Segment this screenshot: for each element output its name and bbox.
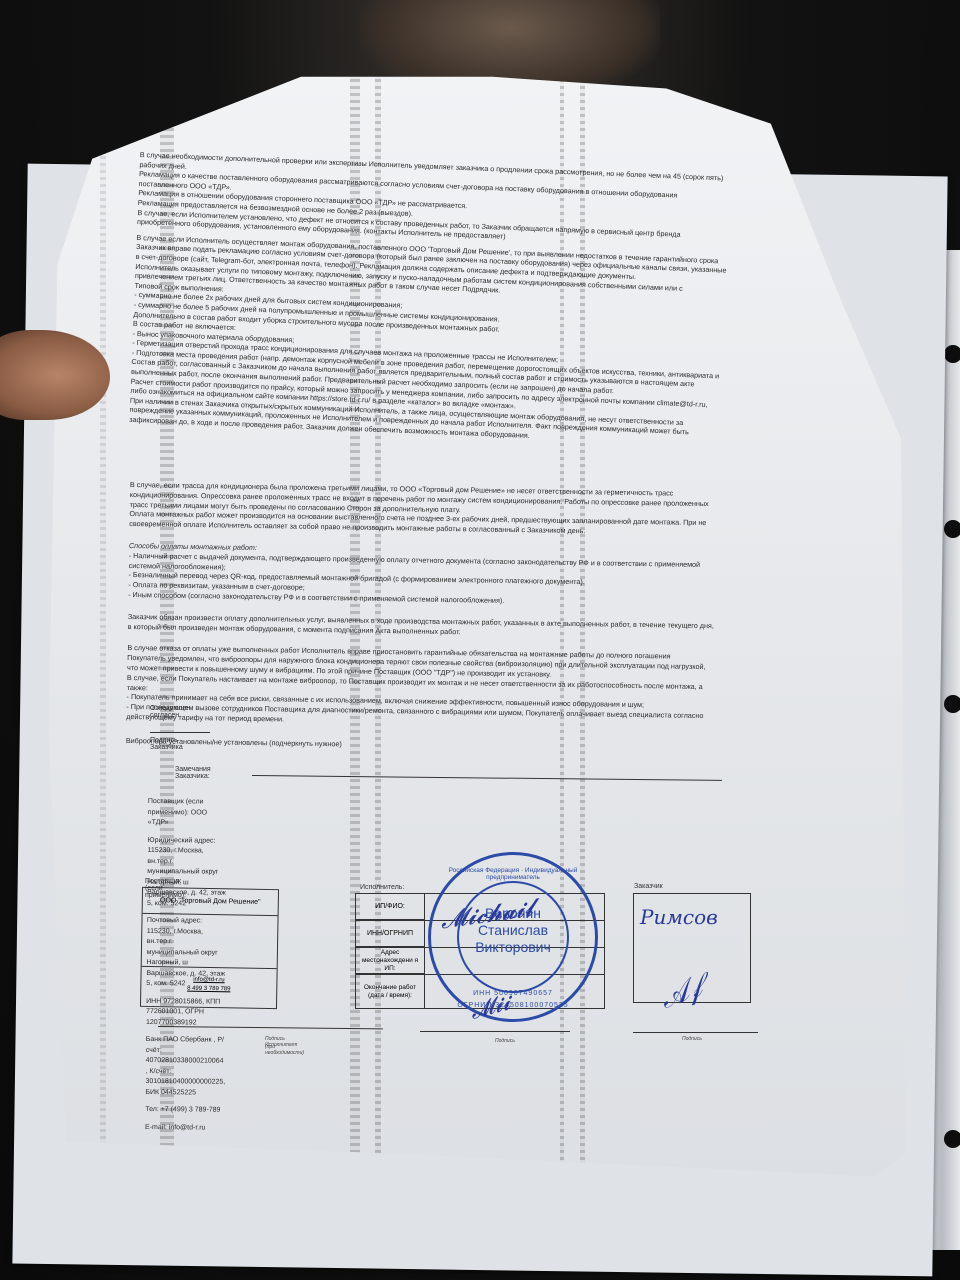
contractor-signature-note: (при необходимости)	[265, 1044, 304, 1056]
contractor-row-name: ИП/ФИО:	[355, 893, 425, 920]
paragraphs-vibration: В случае отказа от оплаты уже выполненны…	[126, 643, 777, 732]
supplier-box: ООО "Торговый Дом Решение" info@td-r.ru …	[140, 887, 279, 1009]
customer-sign-caption: Подпись	[682, 1036, 702, 1042]
stamp-inn: ИНН 500907490657	[431, 990, 595, 997]
acknowledged-text: Ознакомлен согласен	[150, 705, 190, 719]
paragraphs-route: В случае, если трасса для кондиционера б…	[129, 480, 780, 539]
contractor-row-inn: ИНН/ОГРНИП	[355, 920, 425, 947]
contractor-row-address: Адрес местонахождени я ИП:	[355, 947, 425, 974]
official-stamp: Российская Федерация · Индивидуальный пр…	[428, 852, 598, 1022]
supplier-email[interactable]: info@td-r.ru	[141, 976, 276, 984]
contractor-sign-line[interactable]	[420, 1031, 570, 1032]
contractor-block-label: Исполнитель:	[360, 884, 404, 891]
supplier-detail-line: Банк ПАО Сбербанк , Р/счёт: 407028103380…	[145, 1035, 225, 1099]
binder-hole	[944, 695, 960, 713]
supplier-phone[interactable]: 8 499 3 789 789	[141, 985, 276, 993]
binder-hole	[944, 520, 960, 538]
customer-block-label: Заказчик	[634, 883, 663, 890]
customer-sign-line[interactable]	[633, 1032, 758, 1033]
customer-handwritten-name: Римсов	[640, 905, 718, 929]
document-terms-top: В случае необходимости дополнительной пр…	[129, 150, 760, 449]
paragraphs-warranty: В случае если Исполнитель осуществляет м…	[129, 233, 756, 450]
contractor-row-end-time: Окончание работ (дата / время):	[355, 974, 425, 1009]
document-terms-lower: В случае, если трасса для кондиционера б…	[126, 480, 780, 756]
customer-remarks-label: Замечания Заказчика:	[175, 766, 211, 780]
payment-methods-list: - Наличный расчет с выдачей документа, п…	[128, 551, 779, 610]
binder-hole	[944, 345, 960, 363]
contractor-sign-caption: Подпись	[495, 1038, 515, 1044]
supplier-detail-line: Поставщик (если применимо): ООО «ТДР»	[148, 797, 228, 829]
customer-signature-line[interactable]	[150, 732, 210, 733]
toner-streak	[100, 30, 106, 1200]
stamp-ring-text: Российская Федерация · Индивидуальный пр…	[431, 867, 595, 881]
binder-hole	[944, 1130, 960, 1148]
stamp-ogrnip: ОГРНИП 324508100070525	[431, 1002, 595, 1009]
supplier-detail-line: Тел: +7 (499) 3 789-789	[145, 1105, 225, 1116]
customer-signature-label: Подпись Заказчика	[150, 737, 183, 751]
supplier-company: ООО "Торговый Дом Решение"	[143, 888, 278, 916]
supplier-detail-line: E-mail: info@td-r.ru	[145, 1122, 225, 1133]
